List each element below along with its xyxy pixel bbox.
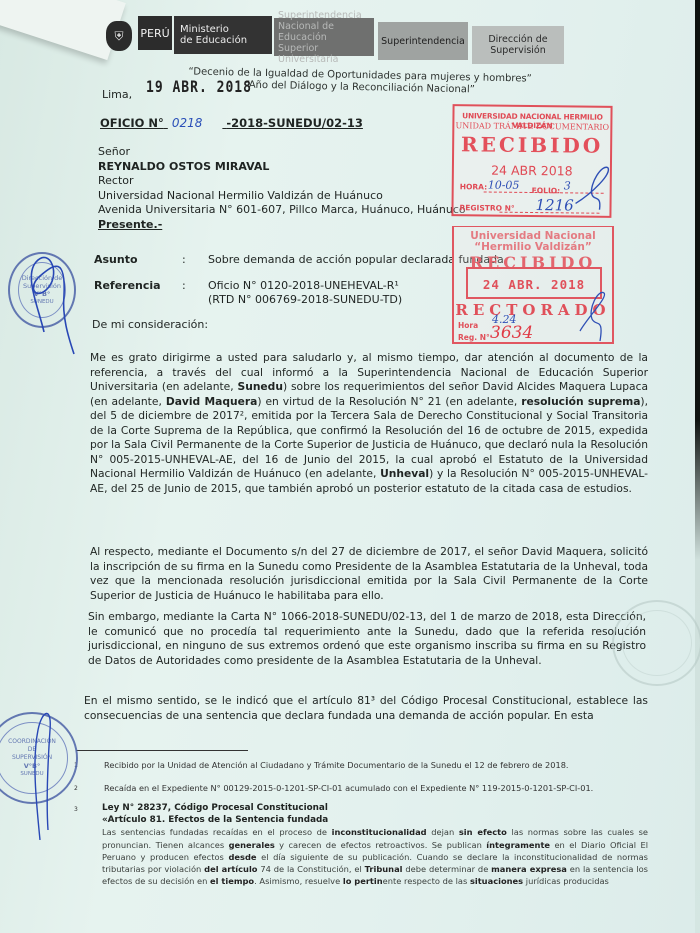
agency-line1: Superintendencia — [278, 10, 362, 21]
recipient-block: Señor REYNALDO OSTOS MIRAVAL Rector Univ… — [98, 145, 466, 232]
greeting: De mi consideración: — [92, 318, 208, 331]
footnote-divider — [76, 750, 248, 751]
presente-word: Presente — [98, 218, 154, 231]
paragraph-4: En el mismo sentido, se le indicó que el… — [84, 694, 648, 723]
law-article-heading: «Artículo 81. Efectos de la Sentencia fu… — [102, 814, 648, 826]
recipient-title: Rector — [98, 174, 466, 189]
rectorado-line2: “Hermilio Valdizán” — [454, 242, 612, 253]
agency-line2: Nacional de Educación — [278, 21, 334, 43]
rectorado-stamp-university: Universidad Nacional “Hermilio Valdizán” — [454, 231, 612, 253]
letterhead-department: Dirección deSupervisión — [472, 26, 564, 64]
reference-value: Oficio N° 0120-2018-UNEHEVAL-R¹ (RTD N° … — [208, 279, 402, 306]
folio-label: FOLIO: — [532, 186, 561, 195]
oficio-handwritten-number: 0218 — [172, 116, 203, 130]
oficio-number: OFICIO N° 0218 -2018-SUNEDU/02-13 — [100, 116, 363, 130]
coat-of-arms-icon: ⛨ — [106, 21, 132, 51]
reference-label: Referencia — [94, 279, 174, 293]
text-run: ) en virtud de la Resolución N° 21 (en a… — [257, 395, 521, 408]
recipient-salutation: Señor — [98, 145, 466, 160]
rectorado-hora-label: Hora — [458, 321, 478, 330]
presente-label: Presente.- — [98, 218, 466, 233]
hora-label: HORA: — [460, 182, 487, 191]
agency-line3: Superior Universitaria — [278, 43, 339, 65]
reception-stamp: UNIVERSIDAD NACIONAL HERMILIO VALDIZÁN U… — [451, 104, 612, 218]
recipient-address: Avenida Universitaria N° 601-607, Pillco… — [98, 203, 466, 218]
law-text: Las sentencias fundadas recaídas en el p… — [102, 826, 648, 887]
city-label: Lima, — [102, 88, 132, 101]
department-line1: Dirección de — [488, 34, 547, 45]
department-line2: Supervisión — [490, 45, 546, 56]
initials-scribble-icon — [574, 291, 614, 347]
ministry-line2: de Educación — [180, 35, 247, 46]
footnote-2-text: Recaída en el Expediente N° 00129-2015-0… — [104, 783, 593, 794]
seal-inner-ring — [622, 610, 692, 676]
bold-term: Sunedu — [238, 380, 283, 393]
initials-scribble-icon — [571, 163, 616, 213]
subject-colon: : — [182, 253, 186, 267]
letterhead: ⛨ PERÚ Ministeriode Educación Superinten… — [106, 16, 646, 64]
recipient-name: REYNALDO OSTOS MIRAVAL — [98, 160, 466, 175]
reception-stamp-hora: HORA: — [460, 182, 487, 191]
registro-handwritten: 1216 — [535, 196, 573, 214]
footnote-2-mark: 2 — [74, 783, 78, 794]
letterhead-country: PERÚ — [138, 16, 172, 50]
reference-line2: (RTD N° 006769-2018-SUNEDU-TD) — [208, 293, 402, 306]
rectorado-reg-handwritten: 3634 — [490, 323, 533, 343]
bold-term: Unheval — [380, 467, 429, 480]
law-title: Ley N° 28237, Código Procesal Constituci… — [102, 802, 648, 814]
signature-icon — [14, 236, 84, 356]
signature-icon — [18, 700, 68, 840]
page-edge-shadow — [695, 0, 700, 933]
hora-handwritten: 10-05 — [488, 179, 520, 192]
faded-seal — [612, 600, 700, 686]
oficio-prefix: OFICIO N° — [100, 116, 164, 130]
subject-label: Asunto — [94, 253, 174, 267]
rectorado-stamp: Universidad Nacional “Hermilio Valdizán”… — [452, 226, 614, 344]
rectorado-stamp-date: 24 ABR. 2018 — [468, 277, 600, 292]
paragraph-2: Al respecto, mediante el Documento s/n d… — [90, 545, 648, 603]
oficio-suffix: -2018-SUNEDU/02-13 — [226, 116, 363, 130]
letterhead-ministry: Ministeriode Educación — [174, 16, 272, 54]
paragraph-1: Me es grato dirigirme a usted para salud… — [90, 351, 648, 496]
reference-colon: : — [182, 279, 186, 293]
footnote-3-mark: 3 — [74, 804, 78, 815]
ministry-line1: Ministerio — [180, 24, 229, 35]
date-stamp: 19 ABR. 2018 — [146, 78, 252, 97]
footnote-1-text: Recibido por la Unidad de Atención al Ci… — [104, 760, 569, 771]
reception-stamp-unit: UNIDAD TRÁMITE DOCUMENTARIO — [454, 121, 610, 132]
reference-line1: Oficio N° 0120-2018-UNEHEVAL-R¹ — [208, 279, 399, 292]
folio-handwritten: 3 — [564, 179, 571, 192]
paragraph-3: Sin embargo, mediante la Carta N° 1066-2… — [88, 610, 646, 668]
bold-term: resolución suprema — [521, 395, 640, 408]
bold-term: David Maquera — [166, 395, 258, 408]
rectorado-reg-label: Reg. N° — [458, 333, 490, 342]
letterhead-agency: SuperintendenciaNacional de EducaciónSup… — [274, 18, 374, 56]
letterhead-office: Superintendencia — [378, 22, 468, 60]
presente-suffix: .- — [154, 218, 163, 231]
recipient-institution: Universidad Nacional Hermilio Valdizán d… — [98, 189, 466, 204]
law-excerpt: Ley N° 28237, Código Procesal Constituci… — [102, 802, 648, 887]
reception-stamp-status: RECIBIDO — [454, 132, 610, 158]
